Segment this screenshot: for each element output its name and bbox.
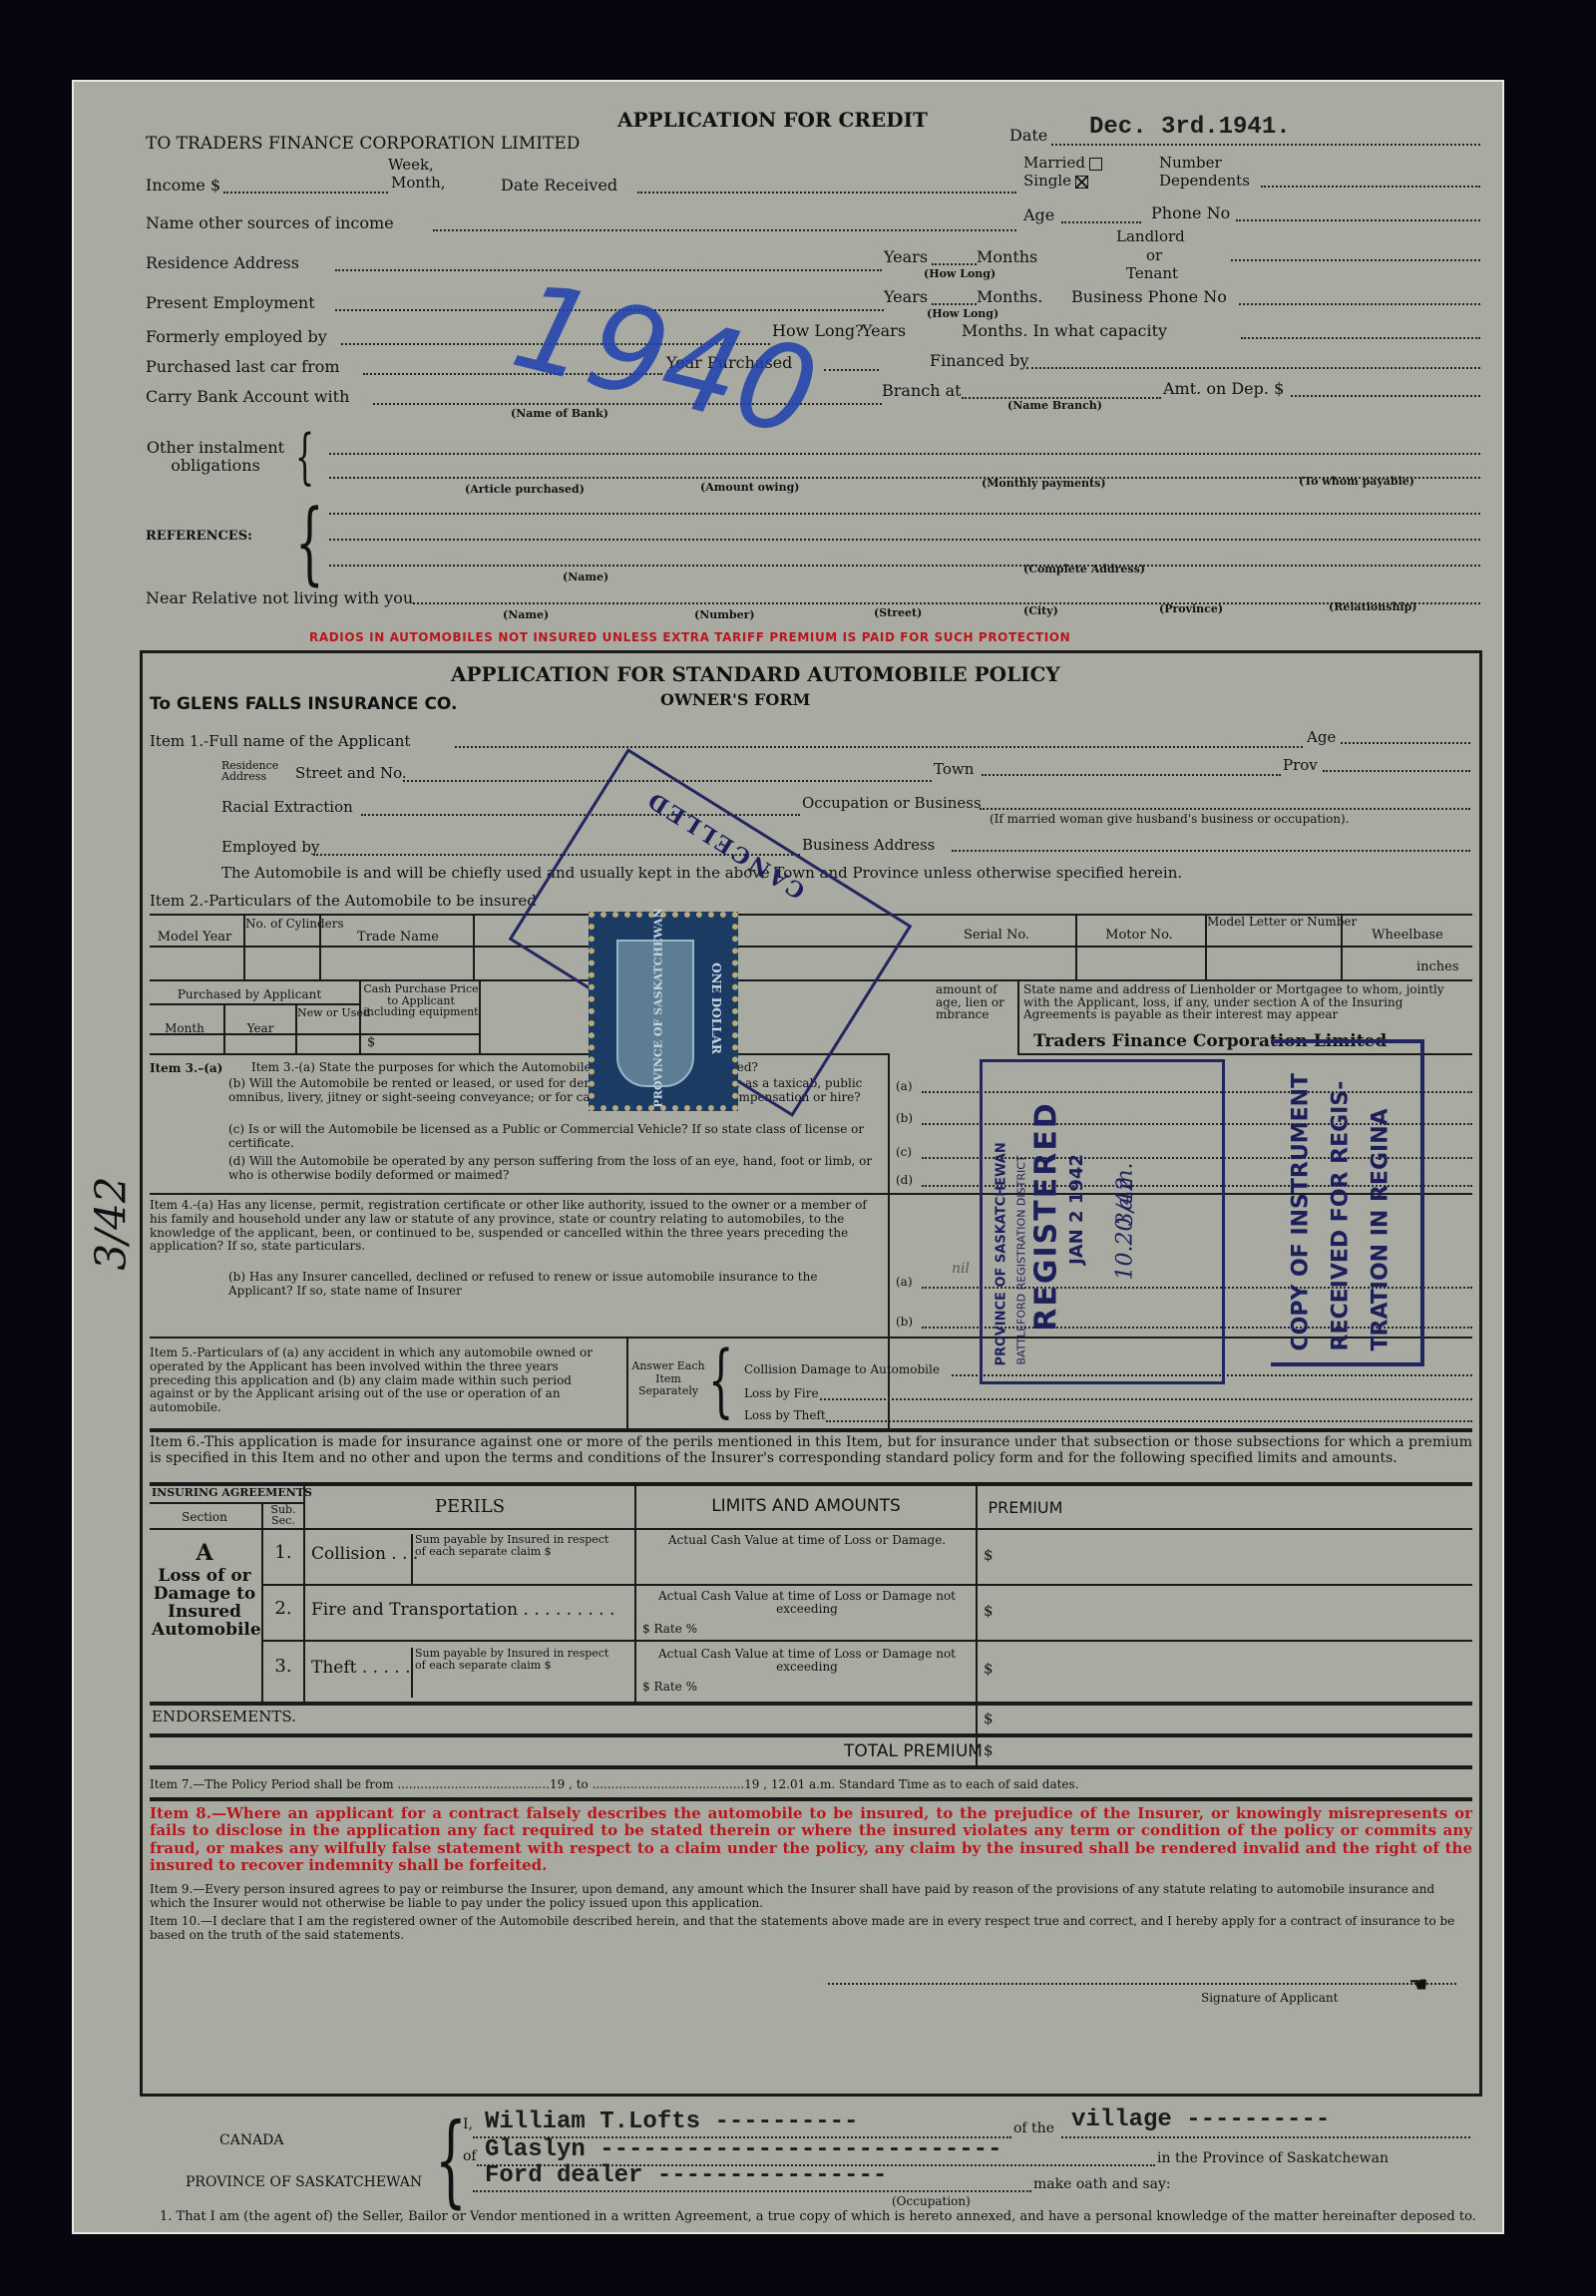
employed-by-label: Employed by	[221, 838, 319, 856]
residence-label: Residence Address	[146, 253, 299, 272]
rule	[261, 1640, 1472, 1642]
occupation-note: (If married woman give husband's busines…	[990, 812, 1350, 826]
registered-district: BATTLEFORD REGISTRATION DISTRICT	[1015, 1066, 1028, 1365]
formerly-years: Years	[862, 321, 906, 340]
date-label: Date	[1009, 126, 1047, 145]
married-label: Married	[1023, 154, 1102, 172]
item4b-text: (b) Has any Insurer cancelled, declined …	[228, 1271, 882, 1299]
col-model-letter: Model Letter or Number	[1207, 916, 1337, 929]
street-label: Street and No.	[295, 764, 407, 782]
rel-col-number: (Number)	[694, 608, 755, 621]
monthly-note: (Monthly payments)	[982, 477, 1106, 490]
place-value[interactable]: Glaslyn ----------------------------	[485, 2136, 1001, 2163]
peril-name: Theft . . . . .	[311, 1658, 411, 1678]
peril-deductible-note: Sum payable by Insured in respect of eac…	[415, 1534, 614, 1557]
item9-text: Item 9.—Every person insured agrees to p…	[150, 1883, 1472, 1911]
residence-years-field[interactable]	[932, 263, 977, 265]
racial-label: Racial Extraction	[221, 798, 353, 816]
item7-text: Item 7.—The Policy Period shall be from …	[150, 1777, 1079, 1791]
landlord-label: Landlord	[1116, 227, 1185, 245]
date-received-field[interactable]	[637, 191, 1016, 193]
item8-text: Item 8.—Where an applicant for a contrac…	[150, 1805, 1472, 1874]
business-phone-label: Business Phone No	[1071, 287, 1227, 306]
single-label: Single	[1023, 172, 1088, 190]
formerly-label: Formerly employed by	[146, 327, 327, 346]
present-employment-label: Present Employment	[146, 293, 315, 312]
sub-sec-header: Sub. Sec.	[263, 1504, 303, 1526]
article-note: (Article purchased)	[465, 483, 585, 496]
rule	[150, 1702, 1472, 1706]
amount-lien-label: amount of age, lien or mbrance	[936, 983, 1015, 1021]
purchased-by-label: Purchased by Applicant	[150, 987, 349, 1001]
insurer-name: To GLENS FALLS INSURANCE CO.	[150, 694, 457, 714]
rule	[1017, 979, 1019, 1053]
endorsements-label: ENDORSEMENTS.	[152, 1708, 296, 1725]
residence-field[interactable]	[335, 269, 882, 271]
signature-label: Signature of Applicant	[1201, 1991, 1338, 2005]
employment-years-field[interactable]	[932, 303, 977, 305]
loss-fire-field[interactable]	[820, 1398, 1472, 1400]
registered-number: 3/42	[1113, 1177, 1138, 1226]
registered-label: REGISTERED	[1029, 1101, 1064, 1331]
place-type-value[interactable]: village ----------	[1071, 2106, 1330, 2133]
policy-title: APPLICATION FOR STANDARD AUTOMOBILE POLI…	[451, 662, 1060, 686]
col-new-used: New or Used	[297, 1007, 357, 1019]
rel-col-relationship: (Relationship)	[1329, 600, 1417, 613]
financed-by-label: Financed by	[930, 351, 1028, 370]
rule	[150, 1797, 1472, 1801]
occupation-field[interactable]	[980, 808, 1470, 810]
section-header: Section	[152, 1510, 257, 1524]
total-premium-label: TOTAL PREMIUM	[844, 1741, 983, 1761]
registered-province: PROVINCE OF SASKATCHEWAN	[995, 1067, 1009, 1366]
date-received-label: Date Received	[501, 176, 617, 194]
income-label: Income $	[146, 176, 220, 194]
date-line	[1051, 144, 1480, 146]
residence-address-label: ResidenceAddress	[221, 760, 278, 782]
prov-label: Prov	[1283, 756, 1318, 774]
amt-dep-field[interactable]	[1291, 395, 1480, 397]
item1-label: Item 1.-Full name of the Applicant	[150, 732, 410, 750]
deponent-name[interactable]: William T.Lofts ----------	[485, 2108, 858, 2135]
how-long-note-2: (How Long)	[927, 307, 998, 320]
item2-label: Item 2.-Particulars of the Automobile to…	[150, 892, 537, 910]
phone-field[interactable]	[1236, 219, 1480, 221]
item6-text: Item 6.-This application is made for ins…	[150, 1434, 1472, 1466]
col-wheelbase: Wheelbase	[1343, 928, 1472, 943]
item1-age: Age	[1307, 728, 1336, 746]
total-premium-value[interactable]: $	[984, 1741, 994, 1759]
amount-owing-note: (Amount owing)	[700, 481, 800, 494]
place-type-field[interactable]	[1061, 2136, 1470, 2138]
limit-rate: $ Rate %	[642, 1680, 972, 1694]
answer-3d: (d)	[896, 1173, 913, 1187]
rel-col-name: (Name)	[503, 608, 549, 621]
date-value[interactable]: Dec. 3rd.1941.	[1089, 114, 1291, 141]
rule	[150, 1033, 479, 1035]
make-oath-label: make oath and say:	[1033, 2176, 1171, 2192]
rule	[150, 1733, 1472, 1737]
premium-header: PREMIUM	[978, 1498, 1073, 1517]
pointing-hand-icon: ☚	[1408, 1973, 1428, 1998]
or-label: or	[1146, 246, 1162, 264]
sub-sec-number: 3.	[263, 1656, 303, 1677]
loss-fire-label: Loss by Fire	[744, 1386, 819, 1400]
rule	[150, 1765, 1472, 1769]
rule	[150, 1528, 1472, 1530]
credit-title: APPLICATION FOR CREDIT	[617, 108, 928, 132]
item3-label: Item 3.–(a)	[150, 1061, 222, 1075]
item4a-text: Item 4.-(a) Has any license, permit, reg…	[150, 1199, 882, 1254]
bank-label: Carry Bank Account with	[146, 387, 349, 406]
financed-by-field[interactable]	[1026, 367, 1480, 369]
col-motor: Motor No.	[1079, 928, 1199, 943]
peril-name: Collision . . .	[311, 1544, 418, 1564]
limit-rate: $ Rate %	[642, 1622, 972, 1636]
name-branch-note: (Name Branch)	[1007, 399, 1102, 412]
other-income-field[interactable]	[433, 229, 1016, 231]
rule	[150, 1428, 1472, 1432]
landlord-field[interactable]	[1231, 259, 1480, 261]
occupation-affidavit-value[interactable]: Ford dealer ----------------	[485, 2162, 887, 2189]
employment-years: Years	[884, 287, 928, 306]
col-model-year: Model Year	[150, 930, 239, 945]
age-label: Age	[1023, 205, 1054, 224]
sub-sec-number: 1.	[263, 1542, 303, 1563]
revenue-stamp-value: ONE DOLLAR	[709, 962, 723, 1054]
answer-4b: (b)	[896, 1315, 913, 1329]
relative-field[interactable]	[413, 602, 1480, 604]
ref-name-note: (Name)	[563, 571, 608, 583]
rel-col-street: (Street)	[874, 606, 922, 619]
month-label: Month,	[391, 174, 446, 191]
section-a: A	[152, 1540, 257, 1566]
col-cylinders: No. of Cylinders	[245, 918, 315, 931]
item3d-text: (d) Will the Automobile be operated by a…	[228, 1155, 882, 1183]
premium-cell[interactable]: $	[984, 1660, 994, 1678]
of-label: of	[463, 2148, 477, 2164]
cash-price-dollar: $	[367, 1035, 375, 1050]
item10-text: Item 10.—I declare that I am the registe…	[150, 1915, 1472, 1943]
credit-addressee: TO TRADERS FINANCE CORPORATION LIMITED	[146, 134, 580, 154]
amt-dep-label: Amt. on Dep. $	[1163, 379, 1284, 398]
rule	[150, 1003, 359, 1005]
purchased-from-label: Purchased last car from	[146, 357, 340, 376]
instalment-brace: {	[295, 427, 314, 487]
copy-line-2: RECEIVED FOR REGIS-	[1329, 1052, 1354, 1351]
limit-text: Actual Cash Value at time of Loss or Dam…	[642, 1534, 972, 1547]
item3c-text: (c) Is or will the Automobile be license…	[228, 1123, 882, 1151]
inches-label: inches	[1416, 959, 1459, 974]
business-address-field[interactable]	[952, 850, 1470, 852]
dependents-field[interactable]	[1261, 186, 1480, 188]
how-long-note: (How Long)	[924, 267, 996, 280]
rel-col-city: (City)	[1023, 604, 1058, 617]
reference-field-2[interactable]	[329, 539, 1480, 541]
loss-theft-label: Loss by Theft	[744, 1408, 826, 1422]
i-label: I,	[463, 2116, 473, 2132]
in-province-label: in the Province of Saskatchewan	[1157, 2150, 1389, 2166]
premium-cell[interactable]: $	[984, 1602, 994, 1620]
dependents-label: Dependents	[1159, 172, 1250, 190]
copy-line-1: COPY OF INSTRUMENT	[1289, 1052, 1314, 1351]
clause-1: 1. That I am (the agent of) the Seller, …	[160, 2210, 1486, 2225]
reference-field-3[interactable]	[329, 565, 1480, 567]
number-label: Number	[1159, 154, 1222, 172]
tenant-label: Tenant	[1126, 264, 1178, 282]
answer-3b: (b)	[896, 1111, 913, 1125]
document-page: APPLICATION FOR CREDIT TO TRADERS FINANC…	[72, 80, 1504, 2234]
occupation-affidavit-field[interactable]	[473, 2190, 1031, 2192]
handwritten-year: 1940	[501, 256, 830, 465]
sub-sec-number: 2.	[263, 1598, 303, 1619]
section-a-desc: Loss of or Damage to Insured Automobile	[152, 1568, 257, 1639]
business-phone-field[interactable]	[1239, 303, 1480, 305]
endorsements-premium[interactable]: $	[984, 1710, 994, 1727]
revenue-stamp: PROVINCE OF SASKATCHEWAN ONE DOLLAR	[589, 912, 738, 1111]
peril-name: Fire and Transportation . . . . . . . . …	[311, 1600, 614, 1620]
instalment-label: Other instalmentobligations	[146, 439, 285, 474]
item5-text: Item 5.-Particulars of (a) any accident …	[150, 1346, 618, 1415]
occupation-note: (Occupation)	[892, 2194, 971, 2208]
ref-address-note: (Complete Address)	[1023, 563, 1145, 575]
rule	[976, 1482, 978, 1765]
perils-header: PERILS	[305, 1496, 634, 1517]
instalment-field-1[interactable]	[329, 453, 1480, 455]
answer-4a: (a)	[896, 1275, 913, 1289]
col-trade-name: Trade Name	[323, 930, 473, 945]
occupation-label: Occupation or Business	[802, 794, 982, 812]
insuring-agreements-header: INSURING AGREEMENTS	[152, 1486, 312, 1499]
married-checkbox[interactable]	[1089, 158, 1102, 171]
single-checkbox[interactable]	[1075, 176, 1088, 189]
references-brace: {	[295, 499, 324, 588]
answer-3a: (a)	[896, 1079, 913, 1093]
rule	[411, 1534, 413, 1584]
rule	[411, 1648, 413, 1698]
signature-field[interactable]	[828, 1983, 1456, 1985]
phone-label: Phone No	[1151, 203, 1230, 222]
answer-4a-value[interactable]: nil	[952, 1261, 970, 1277]
income-field[interactable]	[223, 191, 388, 193]
residence-years: Years	[884, 247, 928, 266]
radio-warning: RADIOS IN AUTOMOBILES NOT INSURED UNLESS…	[309, 630, 1070, 644]
town-field[interactable]	[982, 774, 1281, 776]
applicant-name-field[interactable]	[455, 746, 1303, 748]
loss-theft-field[interactable]	[826, 1420, 1472, 1422]
limits-header: LIMITS AND AMOUNTS	[636, 1496, 976, 1516]
year-purchased-field[interactable]	[824, 369, 879, 371]
premium-cell[interactable]: $	[984, 1546, 994, 1564]
answer-each-label: Answer Each Item Separately	[630, 1360, 706, 1398]
revenue-stamp-province: PROVINCE OF SASKATCHEWAN	[652, 908, 665, 1107]
prov-field[interactable]	[1323, 770, 1470, 772]
canada-label: CANADA	[219, 2132, 284, 2148]
limit-text: Actual Cash Value at time of Loss or Dam…	[642, 1648, 972, 1674]
item5-brace: {	[708, 1340, 733, 1420]
to-whom-note: (To whom payable)	[1299, 475, 1414, 488]
answer-3c: (c)	[896, 1145, 912, 1159]
capacity-field[interactable]	[1241, 337, 1480, 339]
col-serial: Serial No.	[922, 928, 1071, 943]
rule	[150, 1482, 1472, 1486]
policy-subtitle: OWNER'S FORM	[660, 690, 810, 709]
other-income-label: Name other sources of income	[146, 213, 394, 232]
rel-col-province: (Province)	[1159, 602, 1223, 615]
province-label: PROVINCE OF SASKATCHEWAN	[186, 2174, 422, 2190]
margin-note: 3/42	[87, 1176, 136, 1270]
rule	[479, 979, 481, 1053]
reference-field-1[interactable]	[329, 513, 1480, 515]
of-the-label: of the	[1013, 2120, 1054, 2136]
employment-months: Months.	[977, 287, 1042, 306]
lienholder-label: State name and address of Lienholder or …	[1023, 983, 1462, 1021]
applicant-age-field[interactable]	[1341, 742, 1470, 744]
town-label: Town	[934, 760, 974, 778]
relative-label: Near Relative not living with you	[146, 588, 413, 607]
residence-months: Months	[977, 247, 1037, 266]
references-label: REFERENCES:	[146, 529, 252, 544]
limit-text: Actual Cash Value at time of Loss or Dam…	[642, 1590, 972, 1616]
peril-deductible-note: Sum payable by Insured in respect of eac…	[415, 1648, 614, 1671]
age-field[interactable]	[1061, 221, 1141, 223]
capacity-label: Months. In what capacity	[962, 321, 1167, 340]
cash-price-label: Cash Purchase Price to Applicant includi…	[361, 983, 481, 1018]
rule	[261, 1584, 1472, 1586]
week-label: Week,	[388, 156, 434, 174]
rule	[626, 1337, 628, 1428]
collision-damage-label: Collision Damage to Automobile	[744, 1362, 940, 1376]
business-address-label: Business Address	[802, 836, 935, 854]
registered-date: JAN 2 1942	[1066, 1154, 1087, 1265]
branch-label: Branch at	[882, 381, 962, 400]
copy-line-3: TRATION IN REGINA	[1369, 1052, 1394, 1351]
